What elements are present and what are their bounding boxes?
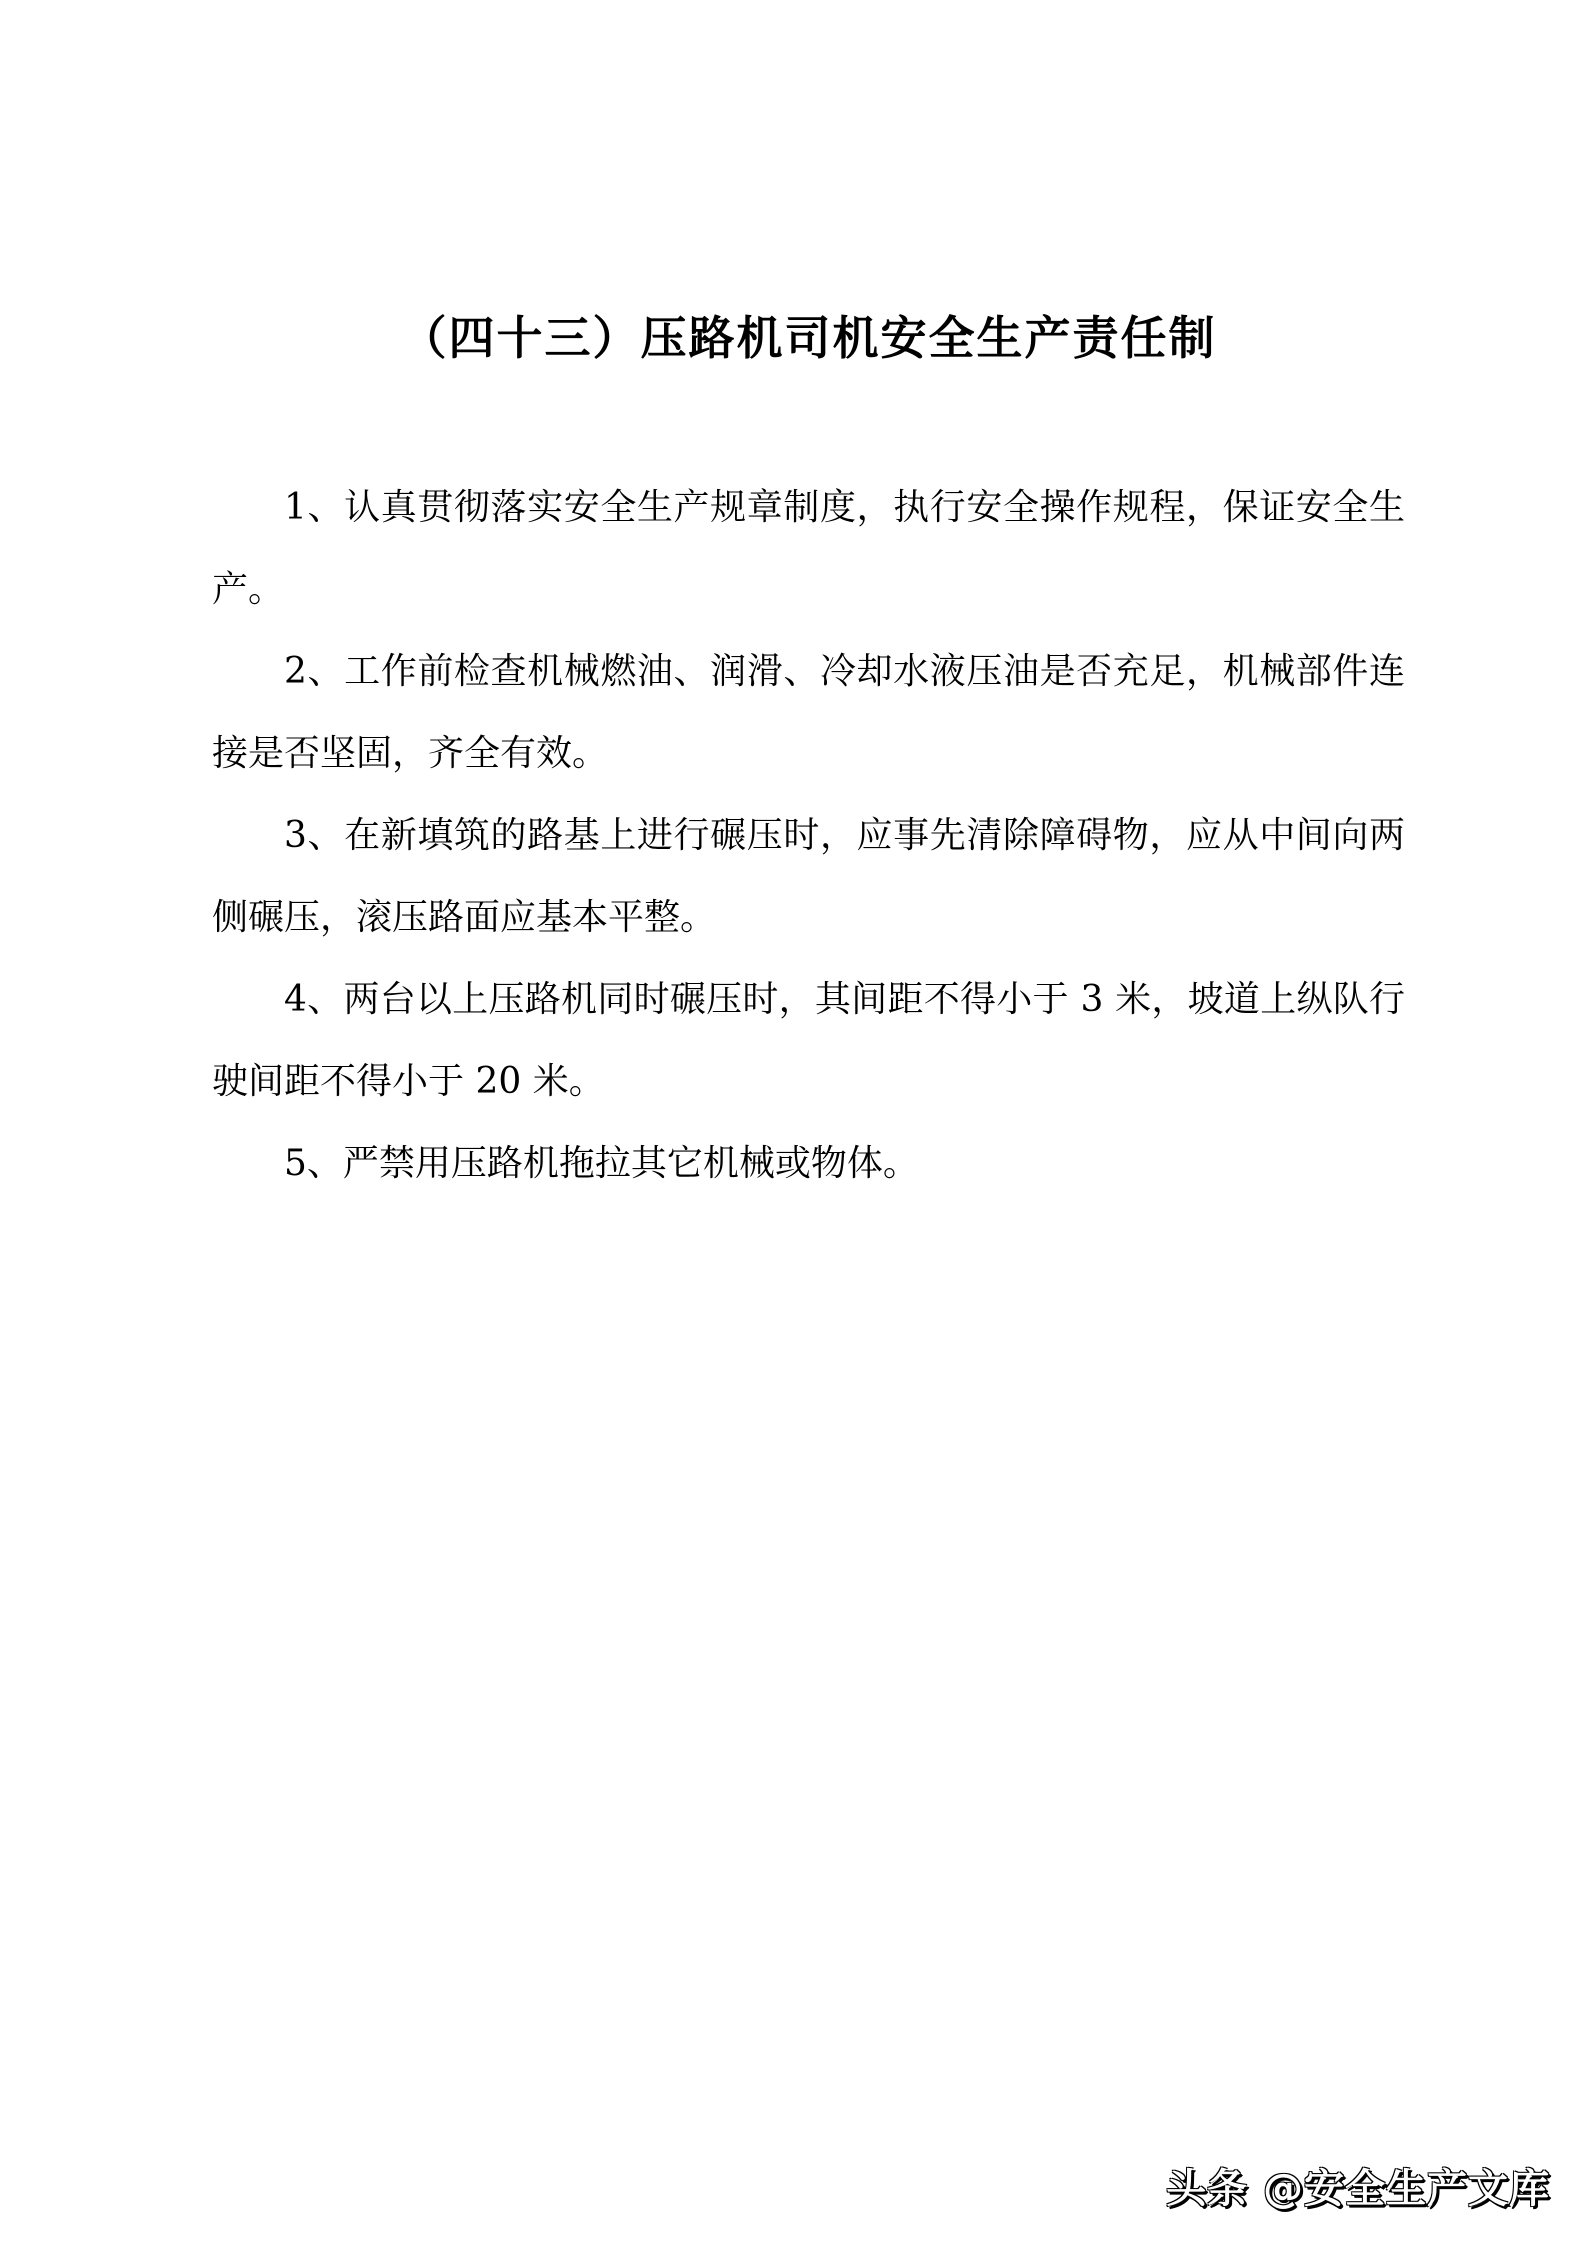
paragraph-4: 4、两台以上压路机同时碾压时，其间距不得小于 3 米，坡道上纵队行驶间距不得小于…	[212, 959, 1405, 1123]
paragraph-5: 5、严禁用压路机拖拉其它机械或物体。	[212, 1123, 1405, 1205]
paragraph-2: 2、工作前检查机械燃油、润滑、冷却水液压油是否充足，机械部件连接是否坚固，齐全有…	[212, 631, 1405, 795]
document-body: 1、认真贯彻落实安全生产规章制度，执行安全操作规程，保证安全生产。 2、工作前检…	[212, 467, 1405, 1205]
watermark: 头条 @安全生产文库	[1166, 2166, 1550, 2212]
paragraph-3: 3、在新填筑的路基上进行碾压时，应事先清除障碍物，应从中间向两侧碾压，滚压路面应…	[212, 795, 1405, 959]
page-title: （四十三）压路机司机安全生产责任制	[212, 308, 1405, 368]
paragraph-1: 1、认真贯彻落实安全生产规章制度，执行安全操作规程，保证安全生产。	[212, 467, 1405, 631]
document-page: （四十三）压路机司机安全生产责任制 1、认真贯彻落实安全生产规章制度，执行安全操…	[0, 0, 1587, 2245]
